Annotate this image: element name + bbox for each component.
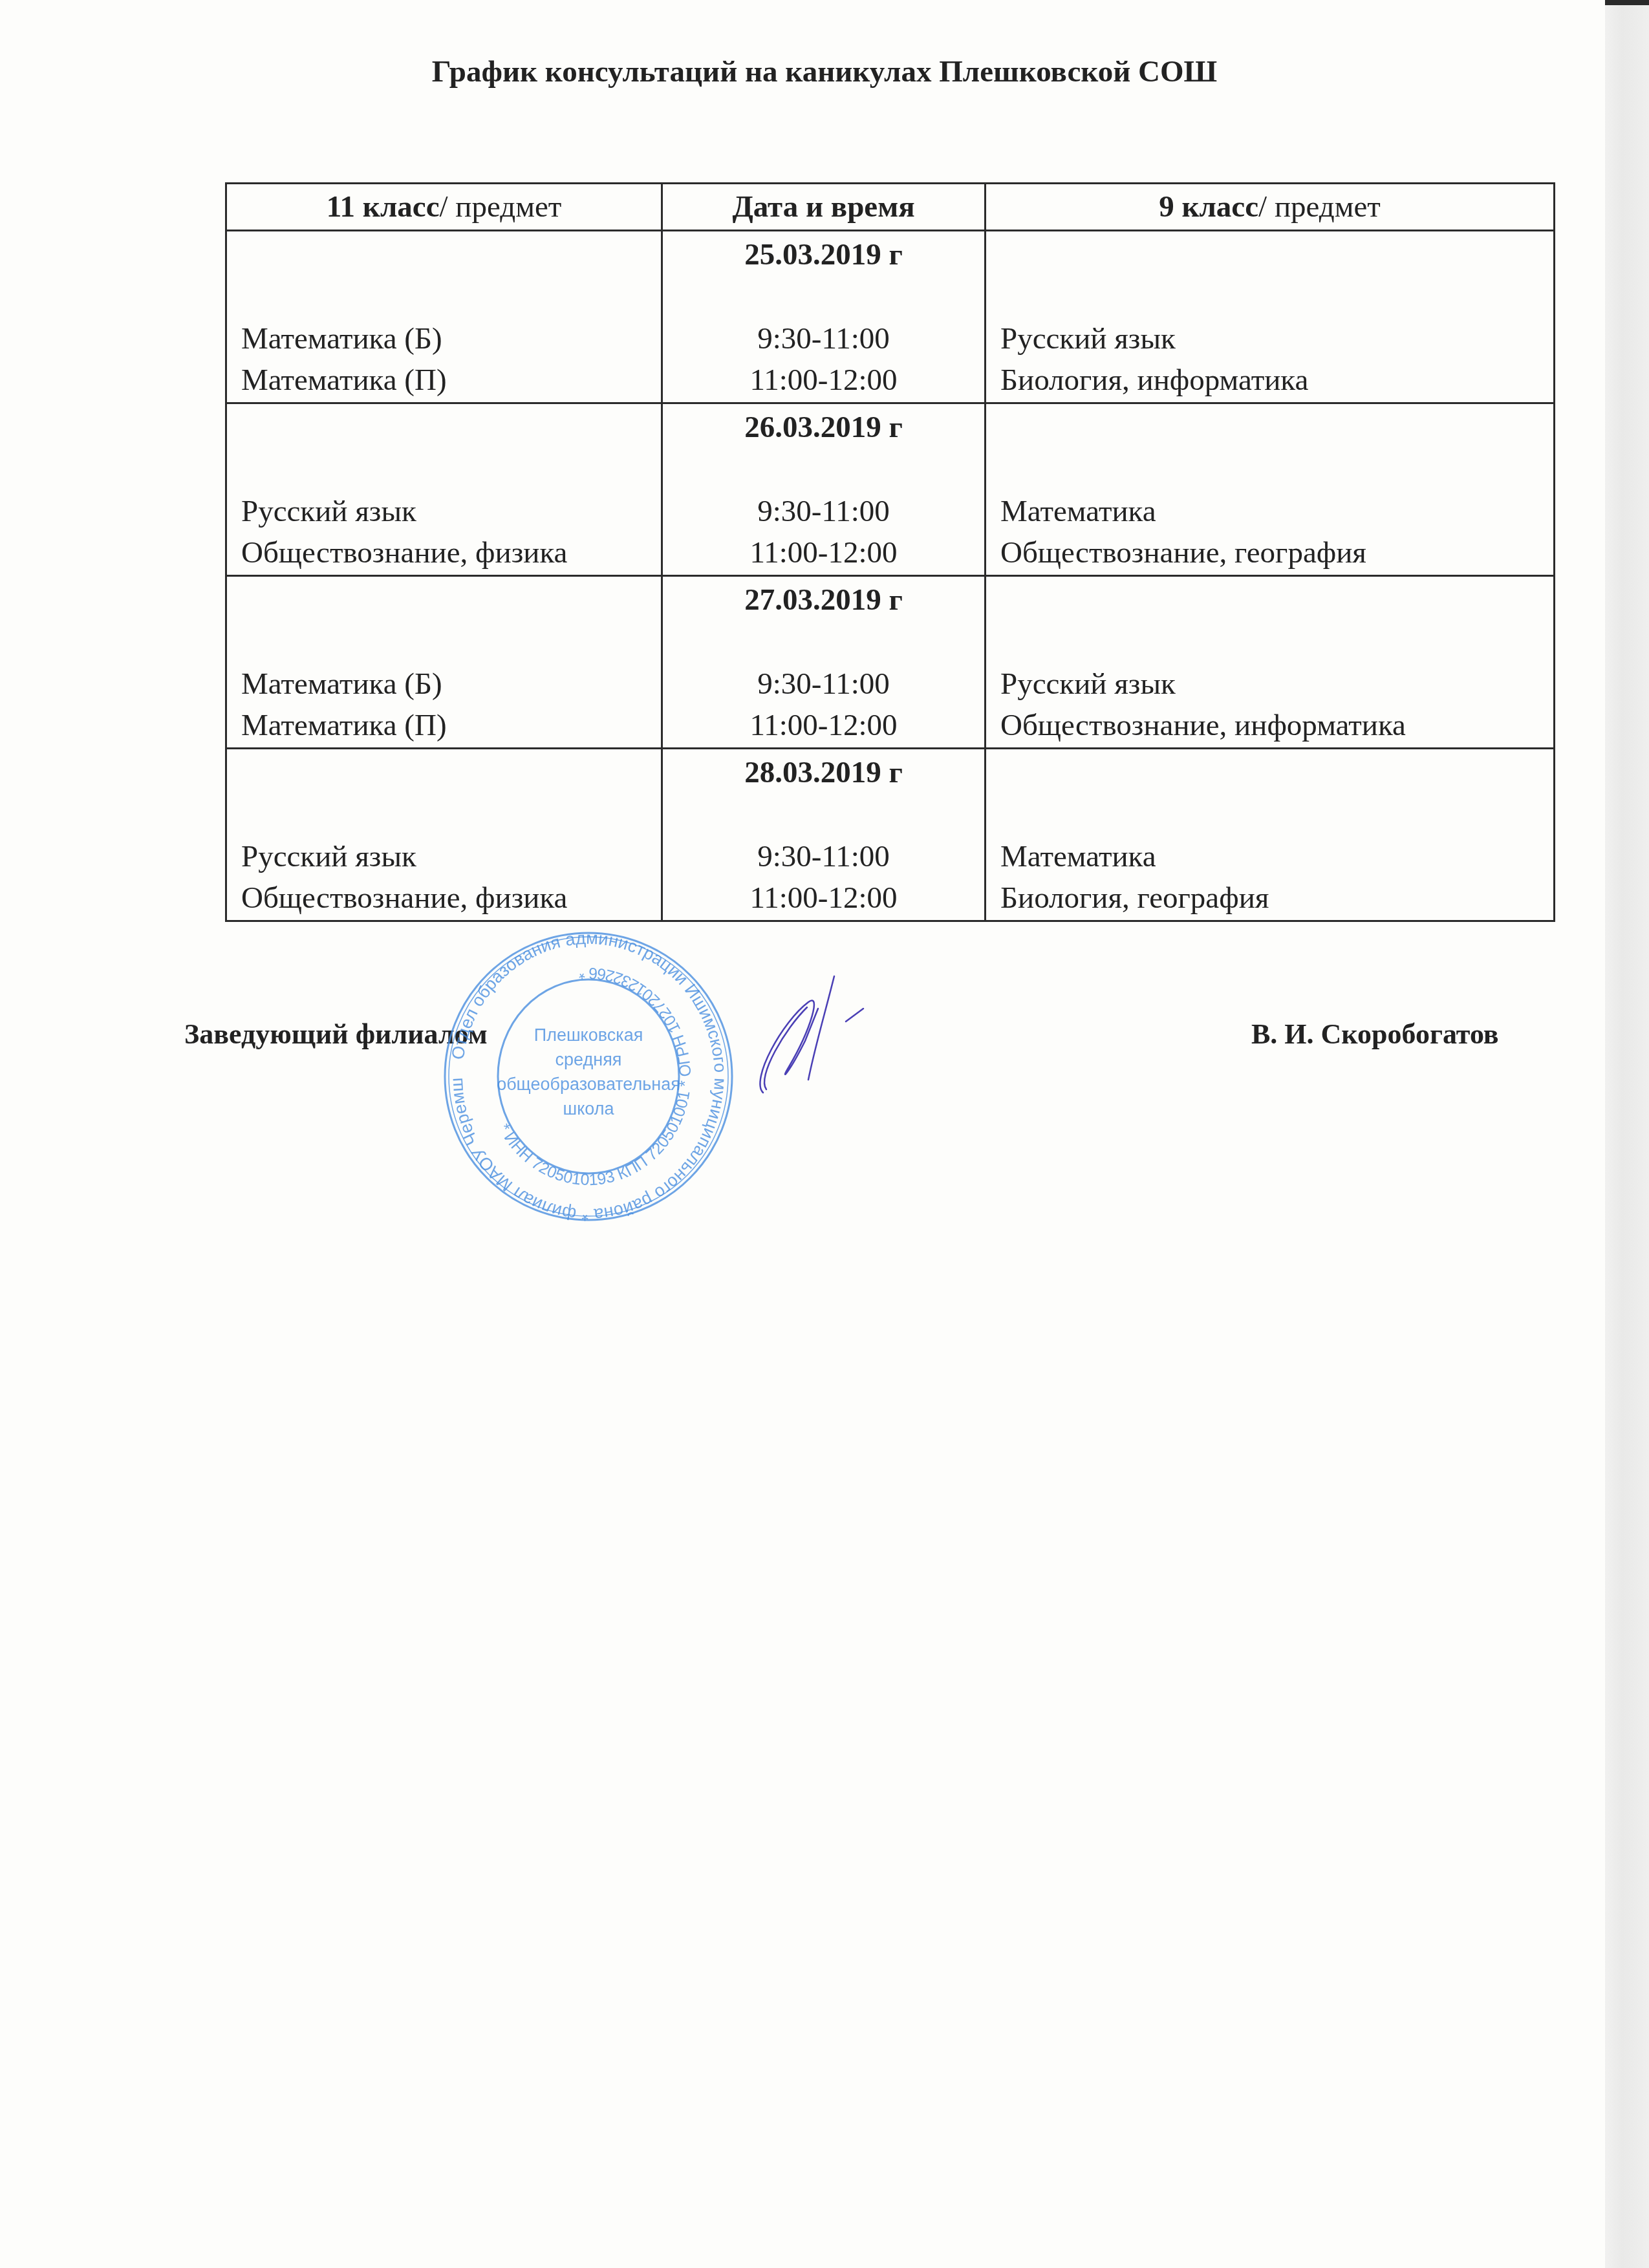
grade-9-subject: Обществознание, география [1000, 532, 1366, 573]
time-slot: 11:00-12:00 [663, 705, 984, 746]
grade-9-subject: Русский язык [1000, 663, 1406, 705]
time-slot: 9:30-11:00 [663, 836, 984, 877]
grade-9-subject: Математика [1000, 491, 1366, 532]
date-time-cell: 28.03.2019 г9:30-11:0011:00-12:00 [662, 749, 986, 921]
consultation-date: 28.03.2019 г [663, 752, 984, 793]
grade-11-cell: Русский языкОбществознание, физика [226, 749, 662, 921]
date-time-cell: 25.03.2019 г9:30-11:0011:00-12:00 [662, 231, 986, 403]
official-stamp-icon: Отдел образования администрации Ишимског… [440, 931, 737, 1222]
grade-11-subject: Русский язык [241, 836, 567, 877]
header-grade-11: 11 класс/ предмет [226, 184, 662, 231]
grade-11-subject: Математика (Б) [241, 318, 447, 359]
date-time-cell: 26.03.2019 г9:30-11:0011:00-12:00 [662, 403, 986, 576]
grade-9-cell: МатематикаОбществознание, география [986, 403, 1555, 576]
grade-9-cell: Русский языкОбществознание, информатика [986, 576, 1555, 749]
signature-icon [750, 970, 879, 1099]
time-slot: 9:30-11:00 [663, 663, 984, 705]
consultation-date: 25.03.2019 г [663, 234, 984, 275]
grade-9-subject: Биология, информатика [1000, 359, 1308, 401]
table-header-row: 11 класс/ предмет Дата и время 9 класс/ … [226, 184, 1555, 231]
schedule-table: 11 класс/ предмет Дата и время 9 класс/ … [225, 182, 1555, 922]
table-row: Математика (Б)Математика (П)27.03.2019 г… [226, 576, 1555, 749]
grade-11-cell: Русский языкОбществознание, физика [226, 403, 662, 576]
grade-9-subject: Биология, география [1000, 877, 1269, 919]
table-row: Математика (Б)Математика (П)25.03.2019 г… [226, 231, 1555, 403]
grade-9-cell: Русский языкБиология, информатика [986, 231, 1555, 403]
grade-9-cell: МатематикаБиология, география [986, 749, 1555, 921]
time-slot: 9:30-11:00 [663, 318, 984, 359]
scan-shadow-edge [1605, 0, 1649, 2268]
header-grade-9: 9 класс/ предмет [986, 184, 1555, 231]
grade-11-cell: Математика (Б)Математика (П) [226, 231, 662, 403]
grade-11-subject: Обществознание, физика [241, 532, 567, 573]
time-slot: 11:00-12:00 [663, 359, 984, 401]
grade-11-subject: Обществознание, физика [241, 877, 567, 919]
grade-11-subject: Математика (П) [241, 359, 447, 401]
grade-9-subject: Математика [1000, 836, 1269, 877]
header-date-time: Дата и время [662, 184, 986, 231]
time-slot: 11:00-12:00 [663, 532, 984, 573]
document-title: График консультаций на каникулах Плешков… [0, 54, 1649, 89]
grade-11-subject: Математика (Б) [241, 663, 447, 705]
svg-text:Плешковскаясредняяобщеобразова: Плешковскаясредняяобщеобразовательнаяшко… [497, 1025, 680, 1118]
time-slot: 9:30-11:00 [663, 491, 984, 532]
consultation-date: 27.03.2019 г [663, 579, 984, 621]
consultation-date: 26.03.2019 г [663, 407, 984, 448]
grade-9-subject: Обществознание, информатика [1000, 705, 1406, 746]
date-time-cell: 27.03.2019 г9:30-11:0011:00-12:00 [662, 576, 986, 749]
table-row: Русский языкОбществознание, физика26.03.… [226, 403, 1555, 576]
time-slot: 11:00-12:00 [663, 877, 984, 919]
grade-9-subject: Русский язык [1000, 318, 1308, 359]
signatory-name: В. И. Скоробогатов [1251, 1018, 1499, 1051]
grade-11-cell: Математика (Б)Математика (П) [226, 576, 662, 749]
grade-11-subject: Русский язык [241, 491, 567, 532]
grade-11-subject: Математика (П) [241, 705, 447, 746]
scan-shadow-top [1605, 0, 1649, 5]
table-row: Русский языкОбществознание, физика28.03.… [226, 749, 1555, 921]
